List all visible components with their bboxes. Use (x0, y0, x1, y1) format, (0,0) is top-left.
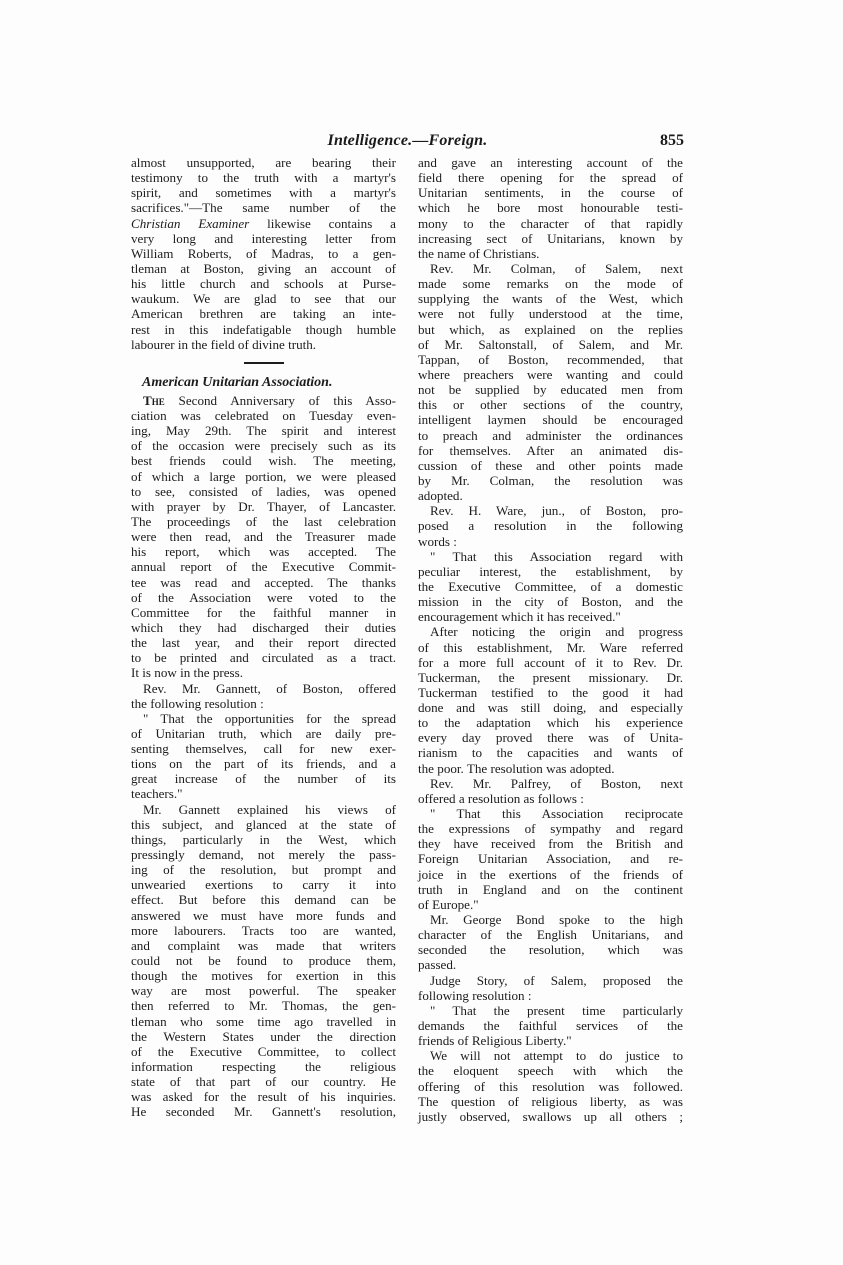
text-line: then referred to Mr. Thomas, the gen- (131, 998, 396, 1013)
text-line: of this establishment, Mr. Ware referred (418, 640, 683, 655)
text-line: tions on the part of its friends, and a (131, 756, 396, 771)
resolution-quote: " That this Association reciprocate the … (418, 806, 683, 912)
text-line: " That this Association regard with (418, 549, 683, 564)
text-line: unwearied exertions to carry it into (131, 877, 396, 892)
text-line: American brethren are taking an inte- (131, 306, 396, 321)
text-line: things, particularly in the West, which (131, 832, 396, 847)
text-line: Rev. Mr. Palfrey, of Boston, next (418, 776, 683, 791)
text-line: which they had discharged their duties (131, 620, 396, 635)
text-line: state of that part of our country. He (131, 1074, 396, 1089)
text-line: the name of Christians. (418, 246, 683, 261)
text-line: labourer in the field of divine truth. (131, 337, 396, 352)
text-line: sacrifices."—The same number of the (131, 200, 396, 215)
paragraph: Rev. H. Ware, jun., of Boston, pro- pose… (418, 503, 683, 548)
text-line: offering of this resolution was followed… (418, 1079, 683, 1094)
text-line: the Executive Committee, of a domestic (418, 579, 683, 594)
text-line: the following resolution : (131, 696, 396, 711)
paragraph: Rev. Mr. Palfrey, of Boston, next offere… (418, 776, 683, 806)
text-line: William Roberts, of Madras, to a gen- (131, 246, 396, 261)
text-line: " That this Association reciprocate (418, 806, 683, 821)
text-line: with prayer by Dr. Thayer, of Lancaster. (131, 499, 396, 514)
drop-word: The (143, 393, 165, 408)
text-line: rest in this indefatigable though humble (131, 322, 396, 337)
text-line: It is now in the press. (131, 665, 396, 680)
text-line: Mr. George Bond spoke to the high (418, 912, 683, 927)
text-line: the poor. The resolution was adopted. (418, 761, 683, 776)
paragraph: Rev. Mr. Colman, of Salem, next made som… (418, 261, 683, 503)
paragraph: We will not attempt to do justice to the… (418, 1048, 683, 1124)
text-line: rianism to the capacities and wants of (418, 745, 683, 760)
text-line: of Europe." (418, 897, 683, 912)
left-column: almost unsupported, are bearing their te… (131, 155, 396, 1120)
text-line: made some remarks on the mode of (418, 276, 683, 291)
text-line: effect. But before this demand can be (131, 892, 396, 907)
text-line: very long and interesting letter from (131, 231, 396, 246)
text-line: increasing sect of Unitarians, known by (418, 231, 683, 246)
text-line: posed a resolution in the following (418, 518, 683, 533)
text-line: The question of religious liberty, as wa… (418, 1094, 683, 1109)
text-line: this subject, and glanced at the state o… (131, 817, 396, 832)
text-line: waukum. We are glad to see that our (131, 291, 396, 306)
text-line: annual report of the Executive Commit- (131, 559, 396, 574)
paragraph: Mr. George Bond spoke to the high charac… (418, 912, 683, 973)
text-line: offered a resolution as follows : (418, 791, 683, 806)
text-line: cussion of these and other points made (418, 458, 683, 473)
text-line: to the adaptation which his experience (418, 715, 683, 730)
text-line: ing, May 29th. The spirit and interest (131, 423, 396, 438)
text-line: way are most powerful. The speaker (131, 983, 396, 998)
text-line: were not fully understood at the time, (418, 306, 683, 321)
text-line: Rev. Mr. Gannett, of Boston, offered (131, 681, 396, 696)
text-line: Rev. H. Ware, jun., of Boston, pro- (418, 503, 683, 518)
text-line: friends of Religious Liberty." (418, 1033, 683, 1048)
text-line: Rev. Mr. Colman, of Salem, next (418, 261, 683, 276)
text-line: Tuckerman, the present missionary. Dr. (418, 670, 683, 685)
paragraph: Rev. Mr. Gannett, of Boston, offered the… (131, 681, 396, 711)
text-line: tee was read and accepted. The thanks (131, 575, 396, 590)
text-line: seconded the resolution, which was (418, 942, 683, 957)
text-line: Committee for the faithful manner in (131, 605, 396, 620)
text-line: Tappan, of Boston, recommended, that (418, 352, 683, 367)
journal-title: Christian Examiner (131, 216, 249, 231)
text-line: ing of the resolution, but prompt and (131, 862, 396, 877)
text-line: they have received from the British and (418, 836, 683, 851)
text-line: tleman at Boston, giving an account of (131, 261, 396, 276)
text-line: the expressions of sympathy and regard (418, 821, 683, 836)
right-column: and gave an interesting account of the f… (418, 155, 683, 1124)
text-line: The Second Anniversary of this Asso- (131, 393, 396, 408)
paragraph: After noticing the origin and progress o… (418, 624, 683, 775)
page-number: 855 (660, 132, 684, 150)
text-line: mission in the city of Boston, and the (418, 594, 683, 609)
text-line: " That the opportunities for the spread (131, 711, 396, 726)
text-line: following resolution : (418, 988, 683, 1003)
text-line: Foreign Unitarian Association, and re- (418, 851, 683, 866)
text-line: almost unsupported, are bearing their (131, 155, 396, 170)
text-line: for a more full account of it to Rev. Dr… (418, 655, 683, 670)
text-line: were then read, and the Treasurer made (131, 529, 396, 544)
text-line: and gave an interesting account of the (418, 155, 683, 170)
text-line: character of the English Unitarians, and (418, 927, 683, 942)
text-line: of the Executive Committee, to collect (131, 1044, 396, 1059)
text-line: more labourers. Tracts too are wanted, (131, 923, 396, 938)
text-line: information respecting the religious (131, 1059, 396, 1074)
text-line: Mr. Gannett explained his views of (131, 802, 396, 817)
text-line: The proceedings of the last celebration (131, 514, 396, 529)
text-line: tleman who some time ago travelled in (131, 1014, 396, 1029)
text-line: mony to the character of that rapidly (418, 216, 683, 231)
running-title: Intelligence.—Foreign. (131, 132, 684, 150)
text-line: adopted. (418, 488, 683, 503)
text-line: though the motives for exertion in this (131, 968, 396, 983)
text-line: great increase of the number of its (131, 771, 396, 786)
text-line: Tuckerman testified to the good it had (418, 685, 683, 700)
text-line: teachers." (131, 786, 396, 801)
text-line: to see, consisted of ladies, was opened (131, 484, 396, 499)
paragraph: The Second Anniversary of this Asso- cia… (131, 393, 396, 681)
text-line: He seconded Mr. Gannett's resolution, (131, 1104, 396, 1119)
text-line: peculiar interest, the establishment, by (418, 564, 683, 579)
text-line: testimony to the truth with a martyr's (131, 170, 396, 185)
text-line: where preachers were wanting and could (418, 367, 683, 382)
text-line: for themselves. After an animated dis- (418, 443, 683, 458)
text-line: passed. (418, 957, 683, 972)
text-line: joice in the exertions of the friends of (418, 867, 683, 882)
text-line: could not be found to produce them, (131, 953, 396, 968)
text-line: ciation was celebrated on Tuesday even- (131, 408, 396, 423)
text-line: and complaint was made that writers (131, 938, 396, 953)
resolution-quote: " That the present time particularly dem… (418, 1003, 683, 1048)
paragraph: and gave an interesting account of the f… (418, 155, 683, 261)
paragraph: Mr. Gannett explained his views of this … (131, 802, 396, 1120)
text-line: was asked for the result of his inquirie… (131, 1089, 396, 1104)
text-line: intelligent laymen should be encouraged (418, 412, 683, 427)
paragraph: almost unsupported, are bearing their te… (131, 155, 396, 352)
text-line: of the occasion were precisely such as i… (131, 438, 396, 453)
text-line: of Mr. Saltonstall, of Salem, and Mr. (418, 337, 683, 352)
text-line: his report, which was accepted. The (131, 544, 396, 559)
text-line: Christian Examiner likewise contains a (131, 216, 396, 231)
text-line: After noticing the origin and progress (418, 624, 683, 639)
text-line: not be supplied by educated men from (418, 382, 683, 397)
section-heading: American Unitarian Association. (131, 373, 396, 392)
text-line: words : (418, 534, 683, 549)
text-line: the last year, and their report directed (131, 635, 396, 650)
text-line: encouragement which it has received." (418, 609, 683, 624)
text-line: truth in England and on the continent (418, 882, 683, 897)
text-line: spirit, and sometimes with a martyr's (131, 185, 396, 200)
text-line: the Western States under the direction (131, 1029, 396, 1044)
resolution-quote: " That this Association regard with pecu… (418, 549, 683, 625)
text-line: senting themselves, call for new exer- (131, 741, 396, 756)
text-line: to be printed and circulated as a tract. (131, 650, 396, 665)
text-line: but which, as explained on the replies (418, 322, 683, 337)
text-line: Judge Story, of Salem, proposed the (418, 973, 683, 988)
text-line: demands the faithful services of the (418, 1018, 683, 1033)
text-line: which he bore most honourable testi- (418, 200, 683, 215)
resolution-quote: " That the opportunities for the spread … (131, 711, 396, 802)
text-line: of Unitarian truth, which are daily pre- (131, 726, 396, 741)
text-line: to preach and administer the ordinances (418, 428, 683, 443)
text-line: the eloquent speech with which the (418, 1063, 683, 1078)
text-line: by Mr. Colman, the resolution was (418, 473, 683, 488)
text-line: done and was still doing, and especially (418, 700, 683, 715)
text-line: this or other sections of the country, (418, 397, 683, 412)
text-line: of which a large portion, we were please… (131, 469, 396, 484)
text-line: " That the present time particularly (418, 1003, 683, 1018)
text-line: We will not attempt to do justice to (418, 1048, 683, 1063)
text-line: supplying the wants of the West, which (418, 291, 683, 306)
text-line: answered we must have more funds and (131, 908, 396, 923)
text-line: Unitarian sentiments, in the course of (418, 185, 683, 200)
text-line: pressingly demand, not merely the pass- (131, 847, 396, 862)
text-line: justly observed, swallows up all others … (418, 1109, 683, 1124)
running-head: Intelligence.—Foreign. 855 (131, 132, 684, 152)
text-line: every day proved there was of Unita- (418, 730, 683, 745)
section-divider (244, 362, 284, 364)
text-line: best friends could wish. The meeting, (131, 453, 396, 468)
paragraph: Judge Story, of Salem, proposed the foll… (418, 973, 683, 1003)
text-line: his little church and schools at Purse- (131, 276, 396, 291)
text-line: of the Association were voted to the (131, 590, 396, 605)
scanned-page: Intelligence.—Foreign. 855 almost unsupp… (0, 0, 843, 1265)
text-line: field there opening for the spread of (418, 170, 683, 185)
